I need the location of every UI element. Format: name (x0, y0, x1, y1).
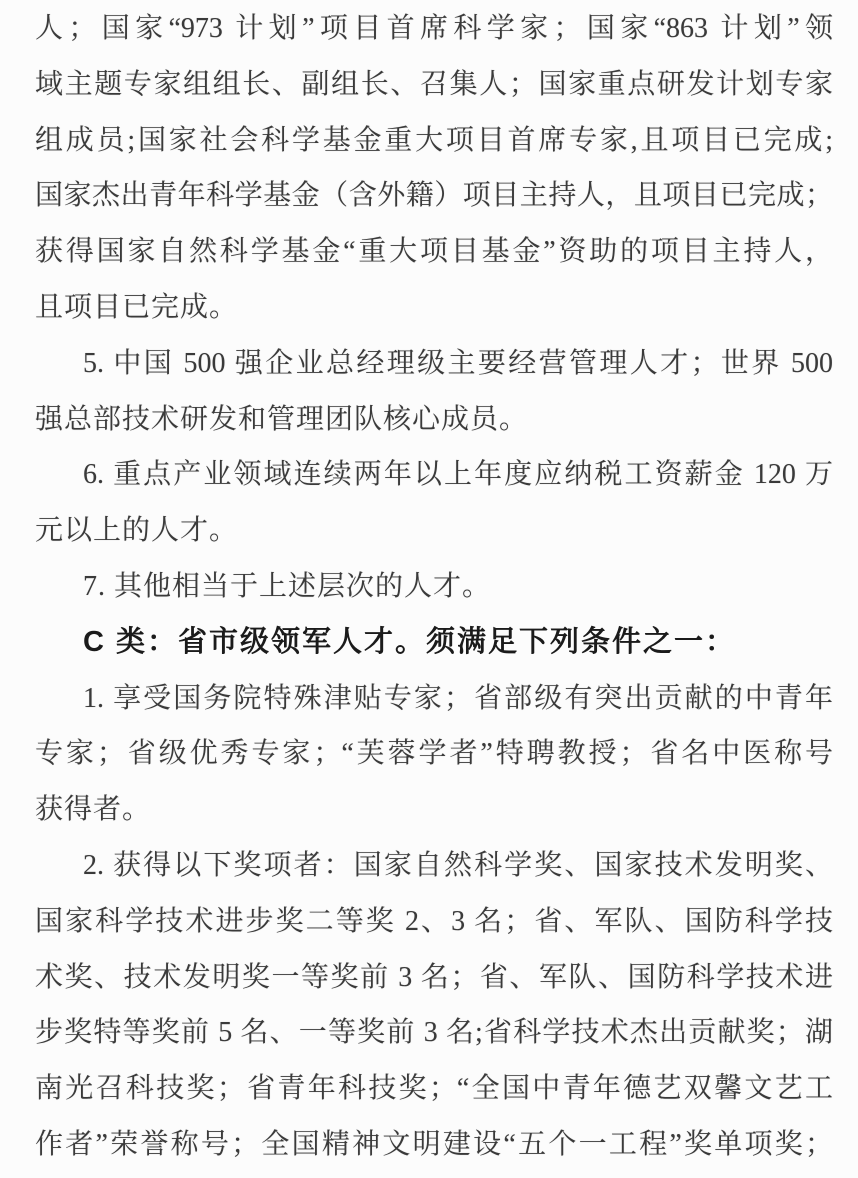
text-line: 南光召科技奖；省青年科技奖；“全国中青年德艺双馨文艺工 (35, 1061, 833, 1117)
text-line: 专家；省级优秀专家；“芙蓉学者”特聘教授；省名中医称号 (35, 726, 833, 782)
text-line: 组成员;国家社会科学基金重大项目首席专家,且项目已完成; (35, 113, 833, 169)
text-line: 作者”荣誉称号；全国精神文明建设“五个一工程”奖单项奖； (35, 1117, 833, 1173)
text-line: 5. 中国 500 强企业总经理级主要经营管理人才；世界 500 (35, 336, 833, 392)
text-line: 元以上的人才。 (35, 503, 833, 559)
text-line: 2. 获得以下奖项者：国家自然科学奖、国家技术发明奖、 (35, 838, 833, 894)
text-line: 且项目已完成。 (35, 280, 833, 336)
heading-line: C 类：省市级领军人才。须满足下列条件之一： (35, 615, 833, 671)
text-line: 6. 重点产业领域连续两年以上年度应纳税工资薪金 120 万 (35, 447, 833, 503)
text-line: 7. 其他相当于上述层次的人才。 (35, 559, 833, 615)
text-line: 步奖特等奖前 5 名、一等奖前 3 名;省科学技术杰出贡献奖；湖 (35, 1005, 833, 1061)
text-line: 1. 享受国务院特殊津贴专家；省部级有突出贡献的中青年 (35, 671, 833, 727)
text-line: 术奖、技术发明奖一等奖前 3 名；省、军队、国防科学技术进 (35, 950, 833, 1006)
text-line: 国家杰出青年科学基金（含外籍）项目主持人，且项目已完成； (35, 168, 833, 224)
text-line: 强总部技术研发和管理团队核心成员。 (35, 392, 833, 448)
document-lines: 人；国家“973 计划”项目首席科学家；国家“863 计划”领域主题专家组组长、… (35, 1, 833, 1173)
text-line: 人；国家“973 计划”项目首席科学家；国家“863 计划”领 (35, 1, 833, 57)
document-page: 人；国家“973 计划”项目首席科学家；国家“863 计划”领域主题专家组组长、… (0, 0, 858, 1178)
text-line: 国家科学技术进步奖二等奖 2、3 名；省、军队、国防科学技 (35, 894, 833, 950)
text-line: 获得者。 (35, 782, 833, 838)
text-line: 获得国家自然科学基金“重大项目基金”资助的项目主持人， (35, 224, 833, 280)
text-line: 域主题专家组组长、副组长、召集人；国家重点研发计划专家 (35, 57, 833, 113)
